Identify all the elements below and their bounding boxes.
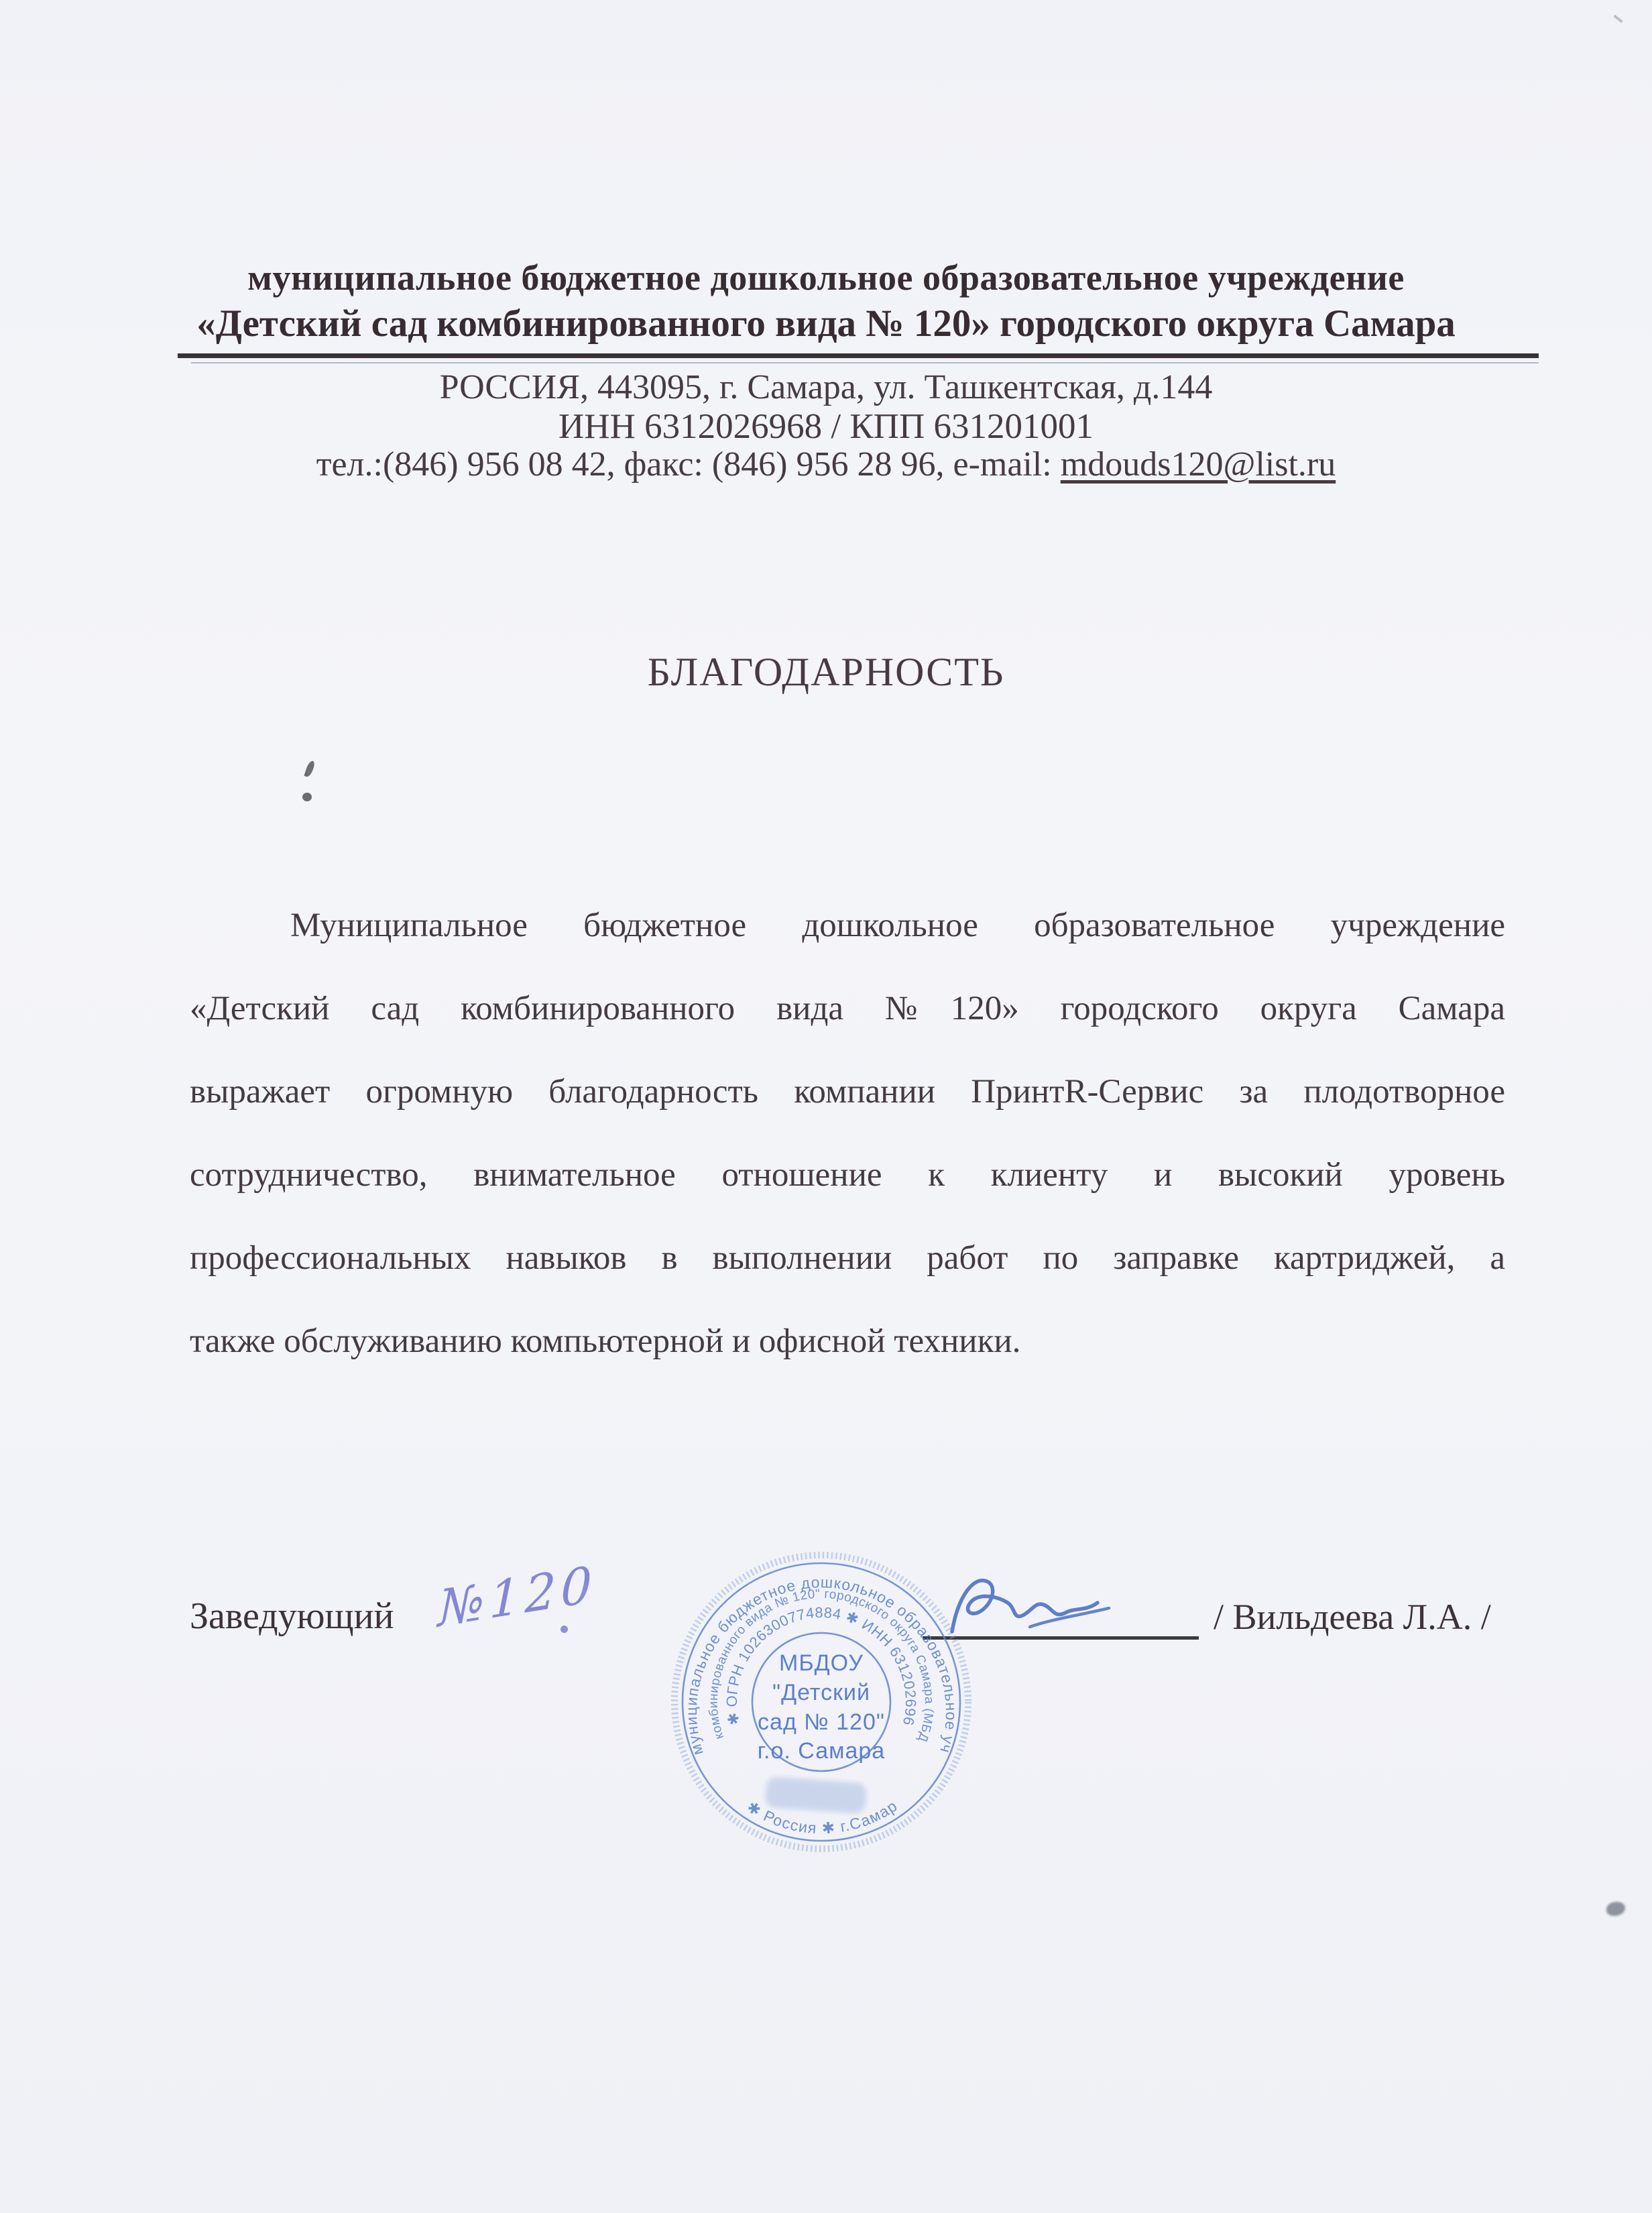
contacts-line: тел.:(846) 956 08 42, факс: (846) 956 28… xyxy=(0,445,1652,484)
org-name-line2: «Детский сад комбинированного вида № 120… xyxy=(0,302,1652,345)
scanned-document-page: муниципальное бюджетное дошкольное образ… xyxy=(0,0,1652,2213)
letterhead-divider-shadow xyxy=(191,362,1539,363)
handwritten-signature xyxy=(932,1561,1146,1655)
signature-role-label: Заведующий xyxy=(190,1595,394,1638)
body-paragraph: Муниципальное бюджетное дошкольное образ… xyxy=(190,884,1505,1383)
stamp-center-line4: г.о. Самара xyxy=(758,1738,885,1764)
scan-speck xyxy=(302,793,312,801)
stamp-center-line1: МБДОУ xyxy=(779,1650,864,1676)
body-line: «Детский сад комбинированного вида №120»… xyxy=(190,967,1505,1050)
scan-speck xyxy=(1606,1902,1625,1916)
handwritten-number: №120 xyxy=(438,1555,597,1639)
signee-name: / Вильдеева Л.А. / xyxy=(1214,1596,1491,1638)
scan-speck xyxy=(304,760,315,778)
body-line: профессиональных навыков в выполнении ра… xyxy=(190,1216,1505,1300)
document-title: БЛАГОДАРНОСТЬ xyxy=(0,649,1652,695)
scan-speck xyxy=(1613,15,1622,23)
email-text: mdouds120@list.ru xyxy=(1061,445,1336,484)
handwriting-ink-dot xyxy=(560,1626,568,1633)
body-line: сотрудничество, внимательное отношение к… xyxy=(190,1133,1505,1216)
stamp-ink-smudge xyxy=(765,1776,868,1814)
body-line: также обслуживанию компьютерной и офисно… xyxy=(190,1300,1505,1383)
body-line: Муниципальное бюджетное дошкольное образ… xyxy=(190,884,1505,967)
inn-kpp-line: ИНН 6312026968 / КПП 631201001 xyxy=(0,406,1652,447)
stamp-center-line3: сад № 120" xyxy=(758,1709,885,1735)
address-line: РОССИЯ, 443095, г. Самара, ул. Ташкентск… xyxy=(0,367,1652,407)
org-name-line1: муниципальное бюджетное дошкольное образ… xyxy=(0,257,1652,298)
contacts-text: тел.:(846) 956 08 42, факс: (846) 956 28… xyxy=(316,445,1061,484)
body-line: выражает огромную благодарность компании… xyxy=(190,1050,1505,1133)
letterhead-divider-rule xyxy=(178,353,1539,358)
stamp-center-line2: "Детский xyxy=(772,1680,870,1705)
